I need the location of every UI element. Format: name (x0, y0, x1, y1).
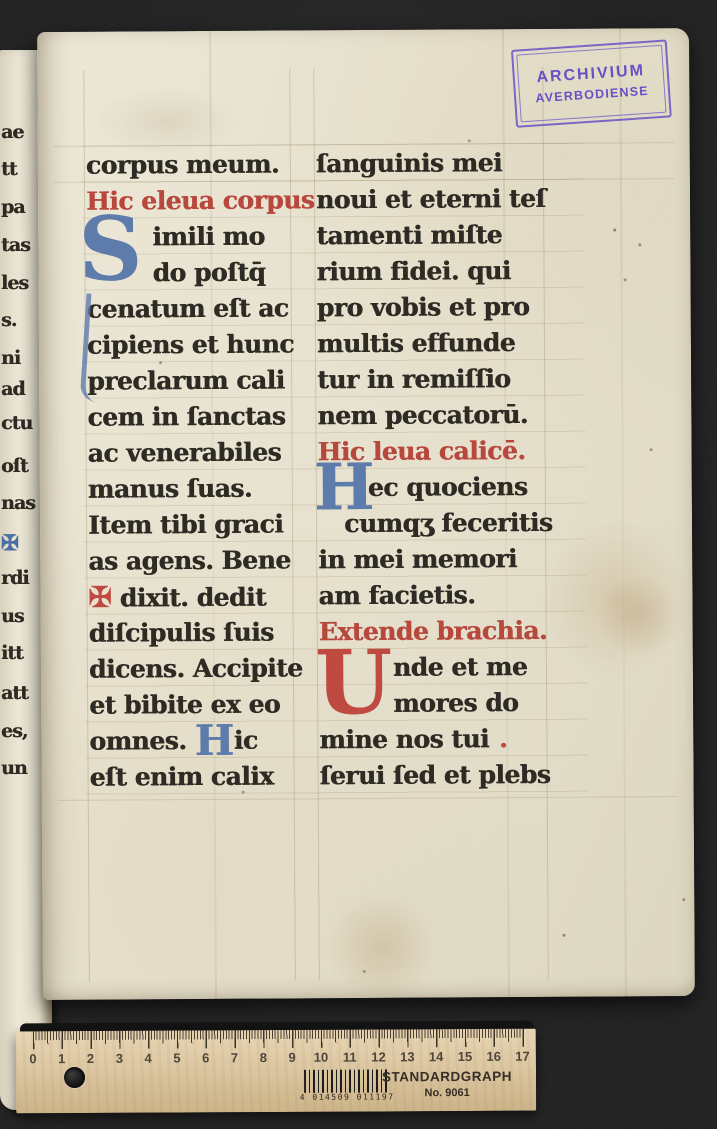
ruler-number: 17 (515, 1049, 530, 1064)
edge-fragment: itt (1, 642, 31, 664)
manuscript-line: omnes. Hic (89, 722, 315, 759)
ruler-number: 7 (231, 1050, 238, 1065)
page-crease (619, 28, 627, 996)
ruler-number: 11 (343, 1050, 357, 1065)
manuscript-line: ac venerabiles (88, 434, 314, 471)
edge-fragment: s. (1, 309, 31, 331)
ruler-number: 8 (260, 1050, 267, 1065)
wooden-ruler: 0 1 2 3 4 5 6 7 8 9 10 11 12 13 14 15 16… (16, 1029, 536, 1114)
ruler-number: 14 (429, 1049, 444, 1064)
manuscript-line: multis effunde (317, 325, 553, 362)
edge-fragment: les (1, 272, 31, 294)
edge-cross-icon: ✠ (1, 530, 31, 555)
ruler-hanging-hole (64, 1067, 85, 1088)
manuscript-line: preclarum cali (87, 362, 313, 399)
edge-fragment: us (1, 605, 31, 627)
manuscript-line: manus ſuas. (88, 470, 314, 507)
edge-fragment: un (1, 757, 31, 779)
parchment-stain (596, 573, 681, 658)
line-text: omnes. (89, 726, 194, 756)
edge-fragment: ad (1, 378, 31, 400)
edge-fragment: es, (1, 720, 31, 742)
manuscript-line: diſcipulis ſuis (89, 614, 315, 651)
archive-stamp: ARCHIVIUM AVERBODIENSE (511, 39, 672, 127)
ruler-number: 12 (371, 1049, 386, 1064)
ruler-number: 2 (87, 1051, 94, 1066)
maltese-cross-icon: ✠ (88, 581, 111, 614)
stamp-line2: AVERBODIENSE (535, 84, 649, 106)
manuscript-line: as agens. Bene (88, 542, 314, 579)
manuscript-line: am facietis. (318, 577, 554, 614)
text-column-left: S corpus meum. Hic eleua corpus imili mo… (86, 146, 316, 795)
manuscript-line: eſt enim calix (89, 758, 315, 795)
manuscript-line: rium fidei. qui (316, 253, 552, 290)
ruler-number: 13 (400, 1049, 415, 1064)
manuscript-line: nem peccatorū. (317, 397, 553, 434)
edge-fragment: pa (1, 196, 31, 218)
archive-stamp-border: ARCHIVIUM AVERBODIENSE (516, 45, 666, 123)
manuscript-line: dicens. Accipite (89, 650, 315, 687)
manuscript-line: ✠ dixit. dedit (88, 578, 314, 615)
manuscript-line: ſanguinis mei (316, 145, 552, 182)
ruler-model-number: No. 9061 (372, 1087, 522, 1100)
manuscript-line: tamenti miſte (316, 217, 552, 254)
line-text: dixit. dedit (120, 583, 266, 613)
edge-fragment: ctu (1, 412, 31, 434)
ruler-brand-name: STANDARDGRAPH (372, 1069, 522, 1085)
manuscript-line: cipiens et hunc (87, 326, 313, 363)
ruler-number: 6 (202, 1050, 209, 1065)
line-text: ic (234, 726, 258, 755)
ruler-cm-ticks (33, 1029, 525, 1050)
ruler-number: 1 (58, 1051, 65, 1066)
ruler-number: 10 (314, 1050, 329, 1065)
manuscript-line: ſerui ſed et plebs (319, 757, 555, 794)
manuscript-line: in mei memori (318, 541, 554, 578)
stamp-line1: ARCHIVIUM (536, 62, 646, 87)
ruler-branding: STANDARDGRAPH No. 9061 (372, 1069, 522, 1100)
manuscript-line: Item tibi graci (88, 506, 314, 543)
edge-fragment: oſt (1, 455, 31, 477)
edge-fragment: tt (1, 158, 31, 180)
ruler-number: 16 (486, 1049, 501, 1064)
text-column-right: H U ſanguinis mei noui et eterni teſ tam… (316, 145, 556, 794)
parchment-stain (324, 890, 440, 1006)
parchment-specks (613, 228, 616, 231)
ruler-number: 0 (29, 1051, 36, 1066)
edge-fragment: rdi (1, 567, 31, 589)
manuscript-line: cem in ſanctas (87, 398, 313, 435)
manuscript-line: noui et eterni teſ (316, 181, 552, 218)
illuminated-initial-s: S (78, 213, 142, 284)
ruler-number: 9 (288, 1050, 295, 1065)
edge-fragment: att (1, 682, 31, 704)
edge-fragment: tas (1, 234, 31, 256)
manuscript-line: tur in remiſſio (317, 361, 553, 398)
illuminated-initial-h-inline: H (194, 716, 233, 765)
ruler-number: 15 (458, 1049, 473, 1064)
manuscript-line: corpus meum. (86, 146, 312, 183)
ruler-number: 3 (116, 1051, 123, 1066)
edge-fragment: ni (1, 347, 31, 369)
manuscript-page: ARCHIVIUM AVERBODIENSE S corpus meum. Hi… (37, 28, 695, 1000)
ruler-number: 4 (144, 1051, 151, 1066)
illuminated-initial-h: H (314, 462, 375, 515)
illuminated-initial-u: U (315, 646, 392, 719)
edge-fragment: nas (1, 492, 31, 514)
manuscript-line: pro vobis et pro (317, 289, 553, 326)
edge-fragment: ae (1, 121, 31, 143)
red-margin-dot: . (499, 724, 507, 753)
manuscript-photo: ae tt pa tas les s. ni ad ctu oſt nas ✠ … (0, 0, 717, 1129)
ruler-number: 5 (173, 1050, 180, 1065)
